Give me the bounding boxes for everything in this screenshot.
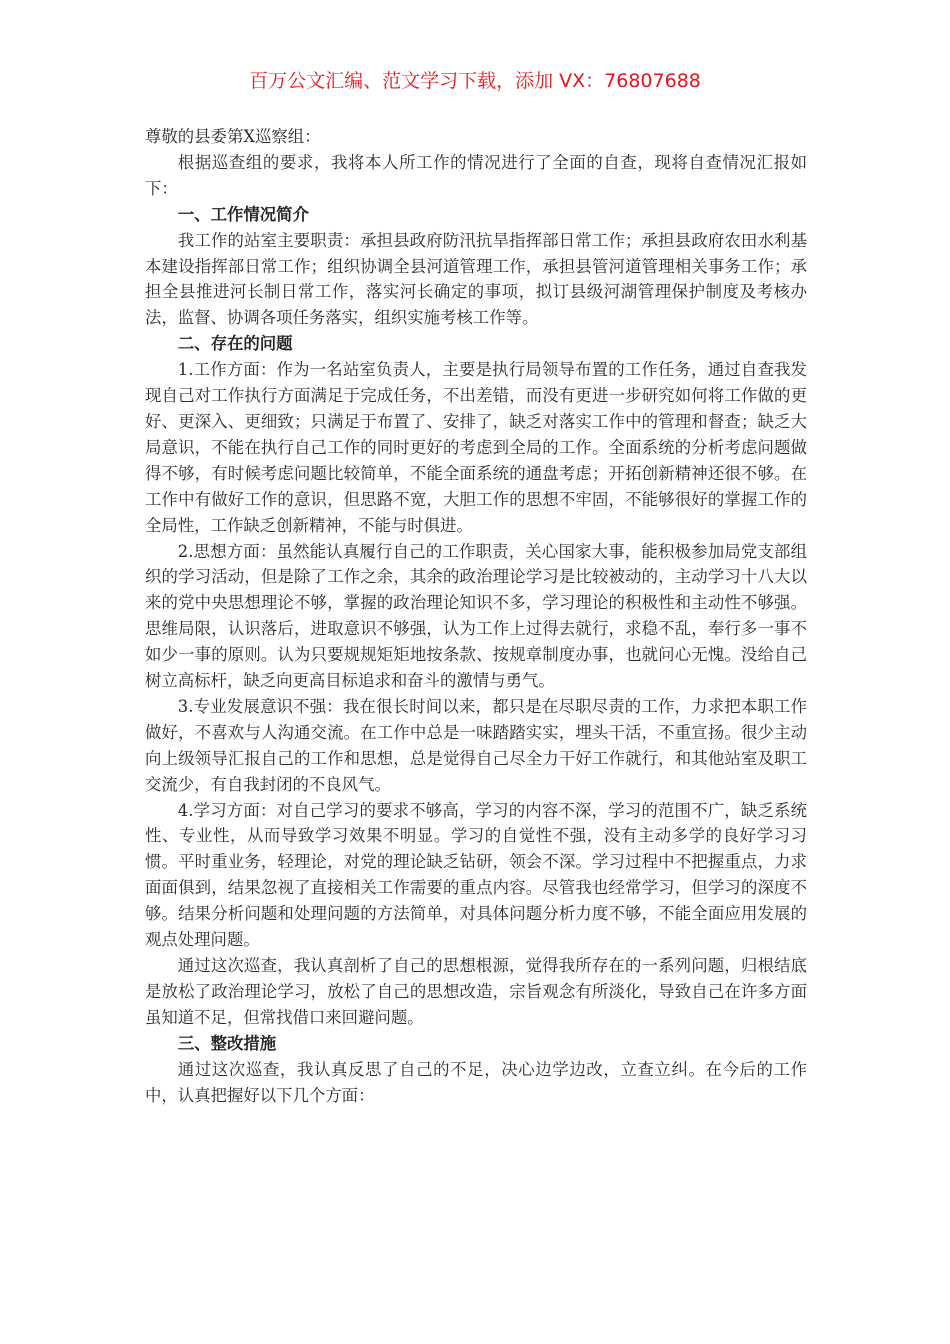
paragraph: 3.专业发展意识不强：我在很长时间以来，都只是在尽职尽责的工作，力求把本职工作做… [145, 694, 807, 798]
paragraph: 通过这次巡查，我认真反思了自己的不足，决心边学边改，立查立纠。在今后的工作中，认… [145, 1057, 807, 1109]
document-body: 尊敬的县委第X巡察组： 根据巡查组的要求，我将本人所工作的情况进行了全面的自查，… [145, 124, 807, 1108]
paragraph: 我工作的站室主要职责：承担县政府防汛抗旱指挥部日常工作；承担县政府农田水利基本建… [145, 228, 807, 332]
section-heading-1: 一、工作情况简介 [145, 202, 807, 228]
paragraph: 2.思想方面：虽然能认真履行自己的工作职责，关心国家大事，能积极参加局党支部组织… [145, 539, 807, 694]
intro-paragraph: 根据巡查组的要求，我将本人所工作的情况进行了全面的自查，现将自查情况汇报如下： [145, 150, 807, 202]
section-heading-2: 二、存在的问题 [145, 331, 807, 357]
paragraph: 1.工作方面：作为一名站室负责人，主要是执行局领导布置的工作任务，通过自查我发现… [145, 357, 807, 538]
salutation: 尊敬的县委第X巡察组： [145, 124, 807, 150]
watermark-banner: 百万公文汇编、范文学习下载，添加 VX：76807688 [0, 66, 950, 93]
paragraph: 4.学习方面：对自己学习的要求不够高，学习的内容不深，学习的范围不广，缺乏系统性… [145, 798, 807, 953]
section-heading-3: 三、整改措施 [145, 1031, 807, 1057]
paragraph: 通过这次巡查，我认真剖析了自己的思想根源，觉得我所存在的一系列问题，归根结底是放… [145, 953, 807, 1031]
